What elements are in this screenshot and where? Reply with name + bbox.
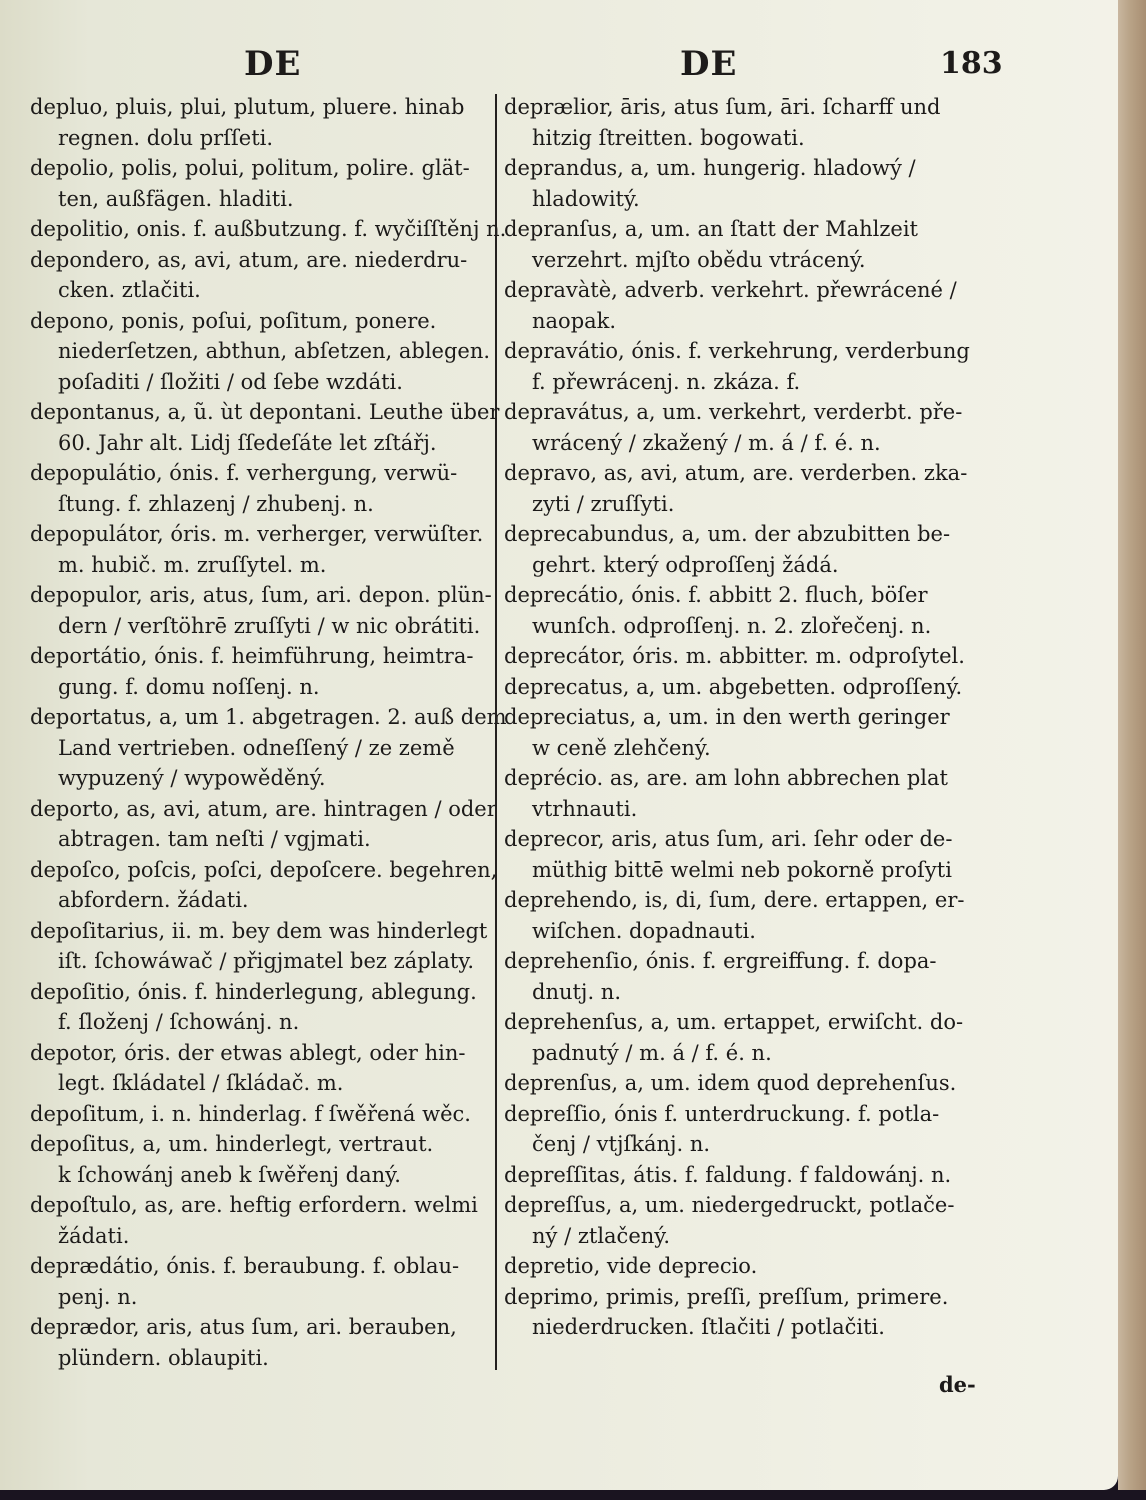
entry-continuation: žádati. — [30, 1221, 492, 1252]
entry-headline: depopulor, aris, atus, ſum, ari. depon. … — [30, 580, 492, 611]
entry-headline: depretio, vide deprecio. — [504, 1251, 970, 1282]
dictionary-entry: depravátus, a, um. verkehrt, verderbt. p… — [504, 397, 970, 458]
dictionary-entry: depopulátor, óris. m. verherger, verwüſt… — [30, 519, 492, 580]
dictionary-entry: deprædor, aris, atus ſum, ari. berauben,… — [30, 1312, 492, 1373]
entry-headline: depono, ponis, poſui, poſitum, ponere. — [30, 306, 492, 337]
entry-headline: depoſitio, ónis. f. hinderlegung, ablegu… — [30, 977, 492, 1008]
dictionary-entry: depoſitio, ónis. f. hinderlegung, ablegu… — [30, 977, 492, 1038]
entry-headline: depolitio, onis. f. außbutzung. f. wyčiſ… — [30, 214, 492, 245]
dictionary-entry: depreſſus, a, um. niedergedruckt, potlač… — [504, 1190, 970, 1251]
dictionary-entry: deprehendo, is, di, ſum, dere. ertappen,… — [504, 885, 970, 946]
entry-continuation: wypuzený / wypowěděný. — [30, 763, 492, 794]
book-page: DE DE 183 depluo, pluis, plui, plutum, p… — [0, 0, 1118, 1490]
entry-headline: deportátio, ónis. f. heimführung, heimtr… — [30, 641, 492, 672]
dictionary-entry: depranſus, a, um. an ſtatt der Mahlzeitv… — [504, 214, 970, 275]
entry-headline: deprimo, primis, preſſi, preſſum, primer… — [504, 1282, 970, 1313]
entry-headline: depoſitus, a, um. hinderlegt, vertraut. — [30, 1129, 492, 1160]
catchword: de- — [939, 1372, 976, 1397]
entry-headline: depravo, as, avi, atum, are. verderben. … — [504, 458, 970, 489]
dictionary-entry: depluo, pluis, plui, plutum, pluere. hin… — [30, 92, 492, 153]
dictionary-entry: deportatus, a, um 1. abgetragen. 2. auß … — [30, 702, 492, 794]
dictionary-entry: depopulor, aris, atus, ſum, ari. depon. … — [30, 580, 492, 641]
dictionary-entry: depondero, as, avi, atum, are. niederdru… — [30, 245, 492, 306]
entry-continuation: legt. ſkládatel / ſkládač. m. — [30, 1068, 492, 1099]
entry-continuation: Land vertrieben. odneſſený / ze země — [30, 733, 492, 764]
dictionary-entry: depravo, as, avi, atum, are. verderben. … — [504, 458, 970, 519]
dictionary-entry: depoſtulo, as, are. heftig erfordern. we… — [30, 1190, 492, 1251]
entry-continuation: gung. f. domu noſſenj. n. — [30, 672, 492, 703]
dictionary-entry: depolitio, onis. f. außbutzung. f. wyčiſ… — [30, 214, 492, 245]
dictionary-entry: deprandus, a, um. hungerig. hladowý /hla… — [504, 153, 970, 214]
entry-continuation: vtrhnauti. — [504, 794, 970, 825]
dictionary-entry: deprécio. as, are. am lohn abbrechen pla… — [504, 763, 970, 824]
dictionary-entry: depravàtè, adverb. verkehrt. přewrácené … — [504, 275, 970, 336]
dictionary-entry: depreſſio, ónis f. unterdruckung. f. pot… — [504, 1099, 970, 1160]
entry-continuation: verzehrt. mjſto obědu vtrácený. — [504, 245, 970, 276]
entry-headline: depontanus, a, ũ. ùt depontani. Leuthe ü… — [30, 397, 492, 428]
entry-continuation: dern / verſtöhrē zruſſyti / w nic obráti… — [30, 611, 492, 642]
right-column: deprælior, āris, atus ſum, āri. ſcharff … — [504, 92, 970, 1343]
entry-continuation: naopak. — [504, 306, 970, 337]
entry-headline: deprandus, a, um. hungerig. hladowý / — [504, 153, 970, 184]
dictionary-entry: depoſitus, a, um. hinderlegt, vertraut.k… — [30, 1129, 492, 1190]
entry-headline: deprecátor, óris. m. abbitter. m. odproſ… — [504, 641, 970, 672]
dictionary-entry: deprimo, primis, preſſi, preſſum, primer… — [504, 1282, 970, 1343]
entry-headline: depravátus, a, um. verkehrt, verderbt. p… — [504, 397, 970, 428]
header-left-title: DE — [244, 44, 301, 84]
dictionary-entry: deprecatus, a, um. abgebetten. odproſſen… — [504, 672, 970, 703]
entry-continuation: hitzig ſtreitten. bogowati. — [504, 123, 970, 154]
entry-headline: depravátio, ónis. f. verkehrung, verderb… — [504, 336, 970, 367]
entry-continuation: niederdrucken. ſtlačiti / potlačiti. — [504, 1312, 970, 1343]
column-divider — [495, 94, 497, 1370]
dictionary-entry: deprehenſio, ónis. f. ergreiffung. f. do… — [504, 946, 970, 1007]
left-column: depluo, pluis, plui, plutum, pluere. hin… — [30, 92, 492, 1373]
entry-headline: depolio, polis, polui, politum, polire. … — [30, 153, 492, 184]
entry-continuation: m. hubič. m. zruſſytel. m. — [30, 550, 492, 581]
entry-continuation: cken. ztlačiti. — [30, 275, 492, 306]
entry-headline: depranſus, a, um. an ſtatt der Mahlzeit — [504, 214, 970, 245]
dictionary-entry: depopulátio, ónis. f. verhergung, verwü-… — [30, 458, 492, 519]
entry-continuation: abtragen. tam neſti / vgjmati. — [30, 824, 492, 855]
entry-headline: deportatus, a, um 1. abgetragen. 2. auß … — [30, 702, 492, 733]
dictionary-entry: depoſitarius, ii. m. bey dem was hinderl… — [30, 916, 492, 977]
entry-headline: deprecor, aris, atus ſum, ari. ſehr oder… — [504, 824, 970, 855]
dictionary-entry: deprædátio, ónis. f. beraubung. f. oblau… — [30, 1251, 492, 1312]
dictionary-entry: depreſſitas, átis. f. faldung. f faldowá… — [504, 1160, 970, 1191]
entry-headline: deprecabundus, a, um. der abzubitten be- — [504, 519, 970, 550]
entry-continuation: f. ſloženj / ſchowánj. n. — [30, 1007, 492, 1038]
dictionary-entry: depontanus, a, ũ. ùt depontani. Leuthe ü… — [30, 397, 492, 458]
dictionary-entry: deprecor, aris, atus ſum, ari. ſehr oder… — [504, 824, 970, 885]
dictionary-entry: deprenſus, a, um. idem quod deprehenſus. — [504, 1068, 970, 1099]
entry-continuation: padnutý / m. á / f. é. n. — [504, 1038, 970, 1069]
entry-headline: deprecatus, a, um. abgebetten. odproſſen… — [504, 672, 970, 703]
dictionary-entry: depoſco, poſcis, poſci, depoſcere. begeh… — [30, 855, 492, 916]
entry-continuation: ſtung. f. zhlazenj / zhubenj. n. — [30, 489, 492, 520]
dictionary-entry: depolio, polis, polui, politum, polire. … — [30, 153, 492, 214]
book-fore-edge — [1118, 0, 1146, 1490]
entry-headline: deprehendo, is, di, ſum, dere. ertappen,… — [504, 885, 970, 916]
entry-headline: deprehenſio, ónis. f. ergreiffung. f. do… — [504, 946, 970, 977]
entry-continuation: w ceně zlehčený. — [504, 733, 970, 764]
dictionary-entry: deprecátor, óris. m. abbitter. m. odproſ… — [504, 641, 970, 672]
entry-headline: depopulátio, ónis. f. verhergung, verwü- — [30, 458, 492, 489]
dictionary-entry: depravátio, ónis. f. verkehrung, verderb… — [504, 336, 970, 397]
entry-headline: deprælior, āris, atus ſum, āri. ſcharff … — [504, 92, 970, 123]
entry-continuation: wunſch. odproſſenj. n. 2. zlořečenj. n. — [504, 611, 970, 642]
entry-headline: depravàtè, adverb. verkehrt. přewrácené … — [504, 275, 970, 306]
dictionary-entry: depotor, óris. der etwas ablegt, oder hi… — [30, 1038, 492, 1099]
entry-continuation: wiſchen. dopadnauti. — [504, 916, 970, 947]
entry-headline: depluo, pluis, plui, plutum, pluere. hin… — [30, 92, 492, 123]
entry-continuation: poſaditi / ſložiti / od ſebe wzdáti. — [30, 367, 492, 398]
header-right-title: DE — [680, 44, 737, 84]
entry-headline: depoſtulo, as, are. heftig erfordern. we… — [30, 1190, 492, 1221]
entry-continuation: ný / ztlačený. — [504, 1221, 970, 1252]
entry-headline: deprenſus, a, um. idem quod deprehenſus. — [504, 1068, 970, 1099]
dictionary-entry: depretio, vide deprecio. — [504, 1251, 970, 1282]
entry-continuation: müthig bittē welmi neb pokorně proſyti — [504, 855, 970, 886]
entry-headline: depondero, as, avi, atum, are. niederdru… — [30, 245, 492, 276]
entry-continuation: 60. Jahr alt. Lidj ſſedeſáte let zſtářj. — [30, 428, 492, 459]
dictionary-entry: deprælior, āris, atus ſum, āri. ſcharff … — [504, 92, 970, 153]
entry-headline: depotor, óris. der etwas ablegt, oder hi… — [30, 1038, 492, 1069]
page-number: 183 — [940, 46, 1003, 81]
entry-continuation: zyti / zruſſyti. — [504, 489, 970, 520]
entry-headline: deprehenſus, a, um. ertappet, erwiſcht. … — [504, 1007, 970, 1038]
entry-continuation: čenj / vtjſkánj. n. — [504, 1129, 970, 1160]
entry-headline: depreſſus, a, um. niedergedruckt, potlač… — [504, 1190, 970, 1221]
entry-continuation: ten, außfägen. hladiti. — [30, 184, 492, 215]
dictionary-entry: deprecabundus, a, um. der abzubitten be-… — [504, 519, 970, 580]
entry-continuation: regnen. dolu prſſeti. — [30, 123, 492, 154]
entry-headline: depreſſio, ónis f. unterdruckung. f. pot… — [504, 1099, 970, 1130]
entry-headline: deprecátio, ónis. f. abbitt 2. fluch, bö… — [504, 580, 970, 611]
entry-headline: deprécio. as, are. am lohn abbrechen pla… — [504, 763, 970, 794]
dictionary-entry: depreciatus, a, um. in den werth geringe… — [504, 702, 970, 763]
entry-continuation: niederſetzen, abthun, abſetzen, ablegen. — [30, 336, 492, 367]
entry-continuation: iſt. ſchowáwač / přigjmatel bez záplaty. — [30, 946, 492, 977]
dictionary-entry: depoſitum, i. n. hinderlag. f ſwěřená wě… — [30, 1099, 492, 1130]
entry-continuation: wrácený / zkažený / m. á / f. é. n. — [504, 428, 970, 459]
entry-headline: depreciatus, a, um. in den werth geringe… — [504, 702, 970, 733]
dictionary-entry: deprehenſus, a, um. ertappet, erwiſcht. … — [504, 1007, 970, 1068]
entry-continuation: plündern. oblaupiti. — [30, 1343, 492, 1374]
entry-continuation: dnutj. n. — [504, 977, 970, 1008]
entry-continuation: abfordern. žádati. — [30, 885, 492, 916]
entry-headline: depopulátor, óris. m. verherger, verwüſt… — [30, 519, 492, 550]
entry-headline: deprædátio, ónis. f. beraubung. f. oblau… — [30, 1251, 492, 1282]
dictionary-entry: deprecátio, ónis. f. abbitt 2. fluch, bö… — [504, 580, 970, 641]
entry-continuation: f. přewrácenj. n. zkáza. f. — [504, 367, 970, 398]
entry-headline: depoſitarius, ii. m. bey dem was hinderl… — [30, 916, 492, 947]
entry-continuation: k ſchowánj aneb k ſwěřenj daný. — [30, 1160, 492, 1191]
dictionary-entry: deportátio, ónis. f. heimführung, heimtr… — [30, 641, 492, 702]
entry-continuation: penj. n. — [30, 1282, 492, 1313]
running-header: DE DE 183 — [0, 44, 1118, 84]
entry-continuation: gehrt. který odproſſenj žádá. — [504, 550, 970, 581]
entry-headline: deporto, as, avi, atum, are. hintragen /… — [30, 794, 492, 825]
entry-headline: depoſco, poſcis, poſci, depoſcere. begeh… — [30, 855, 492, 886]
entry-headline: depoſitum, i. n. hinderlag. f ſwěřená wě… — [30, 1099, 492, 1130]
entry-headline: depreſſitas, átis. f. faldung. f faldowá… — [504, 1160, 970, 1191]
entry-headline: deprædor, aris, atus ſum, ari. berauben, — [30, 1312, 492, 1343]
entry-continuation: hladowitý. — [504, 184, 970, 215]
dictionary-entry: deporto, as, avi, atum, are. hintragen /… — [30, 794, 492, 855]
dictionary-entry: depono, ponis, poſui, poſitum, ponere.ni… — [30, 306, 492, 398]
